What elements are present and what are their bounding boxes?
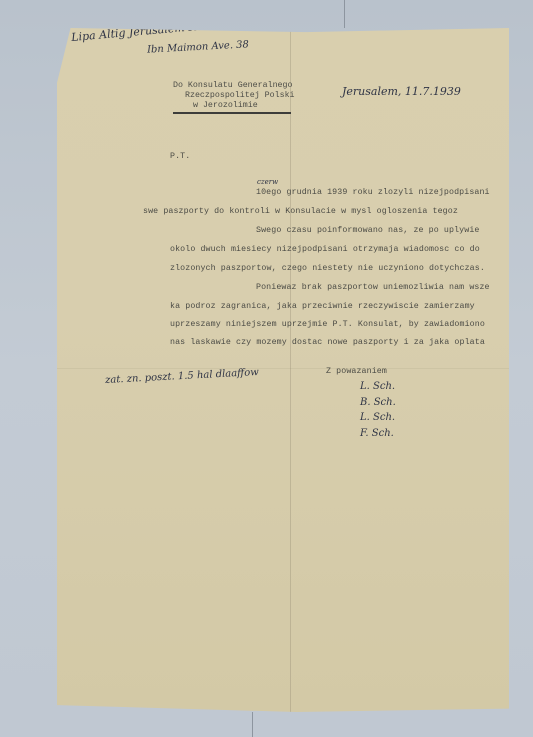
handwritten-correction: czerw (257, 178, 278, 186)
signature-3: L. Sch. (360, 412, 395, 423)
body-line-2: swe paszporty do kontroli w Konsulacie w… (143, 207, 458, 216)
addressee-underline (173, 112, 291, 114)
handwritten-fee-note: zat. zn. poszt. 1.5 hal dlaaffow (105, 367, 259, 386)
body-line-9: nas laskawie czy mozemy dostac nowe pasz… (170, 338, 485, 347)
body-line-3: Swego czasu poinformowano nas, ze po upl… (256, 226, 479, 235)
body-line-5: zlozonych paszportow, czego niestety nie… (170, 264, 485, 273)
signature-2: B. Sch. (360, 397, 396, 408)
addressee-line-2: Rzeczpospolitej Polski (185, 91, 295, 100)
signature-4: F. Sch. (360, 428, 394, 439)
addressee-line-3: w Jerozolimie (193, 101, 258, 110)
handwritten-sender-name: Lipa Altig Jerusalem Rehavia (71, 17, 234, 44)
closing: Z powazaniem (326, 367, 387, 376)
salutation: P.T. (170, 152, 190, 161)
vertical-fold-line (290, 28, 291, 712)
body-line-4: okolo dwuch miesiecy nizejpodpisani otrz… (170, 245, 480, 254)
handwritten-sender-address: Ibn Maimon Ave. 38 (147, 39, 249, 55)
hanging-wire (344, 0, 345, 28)
body-line-8: uprzeszamy niniejszem uprzejmie P.T. Kon… (170, 320, 485, 329)
horizontal-fold-line (57, 368, 509, 369)
body-line-7: ka podroz zagranica, jaka przeciwnie rze… (170, 302, 475, 311)
letter-paper: Lipa Altig Jerusalem Rehavia Ibn Maimon … (57, 28, 509, 712)
signature-1: L. Sch. (360, 381, 395, 392)
addressee-line-1: Do Konsulatu Generalnego (173, 81, 293, 90)
body-line-1: 10ego grudnia 1939 roku zlozyli nizejpod… (256, 188, 490, 197)
handwritten-date: Jerusalem, 11.7.1939 (342, 85, 461, 98)
hanging-wire-bottom (252, 712, 253, 737)
body-line-6: Poniewaz brak paszportow uniemozliwia na… (256, 283, 490, 292)
